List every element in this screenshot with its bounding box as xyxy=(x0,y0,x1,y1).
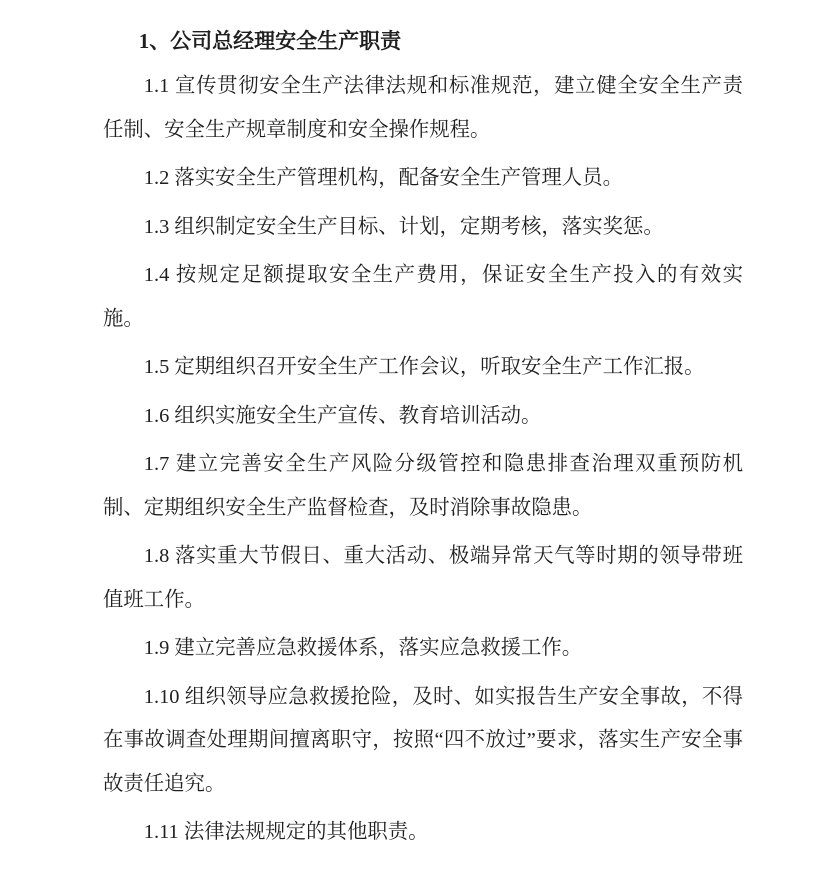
paragraph-1-9: 1.9 建立完善应急救援体系，落实应急救援工作。 xyxy=(103,627,743,671)
paragraph-1-2: 1.2 落实安全生产管理机构，配备安全生产管理人员。 xyxy=(103,157,743,201)
doc-title: 1、公司总经理安全生产职责 xyxy=(103,19,743,64)
paragraph-1-1: 1.1 宣传贯彻安全生产法律法规和标准规范，建立健全安全生产责任制、安全生产规章… xyxy=(103,65,743,152)
paragraph-1-10: 1.10 组织领导应急救援抢险，及时、如实报告生产安全事故，不得在事故调查处理期… xyxy=(103,676,743,807)
paragraph-1-8: 1.8 落实重大节假日、重大活动、极端异常天气等时期的领导带班值班工作。 xyxy=(103,535,743,622)
paragraph-1-3: 1.3 组织制定安全生产目标、计划，定期考核，落实奖惩。 xyxy=(103,206,743,250)
paragraph-1-11: 1.11 法律法规规定的其他职责。 xyxy=(103,811,743,855)
paragraph-1-7: 1.7 建立完善安全生产风险分级管控和隐患排查治理双重预防机制、定期组织安全生产… xyxy=(103,443,743,530)
document-page: 1、公司总经理安全生产职责 1.1 宣传贯彻安全生产法律法规和标准规范，建立健全… xyxy=(0,0,837,882)
paragraph-1-6: 1.6 组织实施安全生产宣传、教育培训活动。 xyxy=(103,395,743,439)
paragraph-1-4: 1.4 按规定足额提取安全生产费用，保证安全生产投入的有效实施。 xyxy=(103,254,743,341)
document-content: 1、公司总经理安全生产职责 1.1 宣传贯彻安全生产法律法规和标准规范，建立健全… xyxy=(103,19,743,855)
paragraph-1-5: 1.5 定期组织召开安全生产工作会议，听取安全生产工作汇报。 xyxy=(103,346,743,390)
